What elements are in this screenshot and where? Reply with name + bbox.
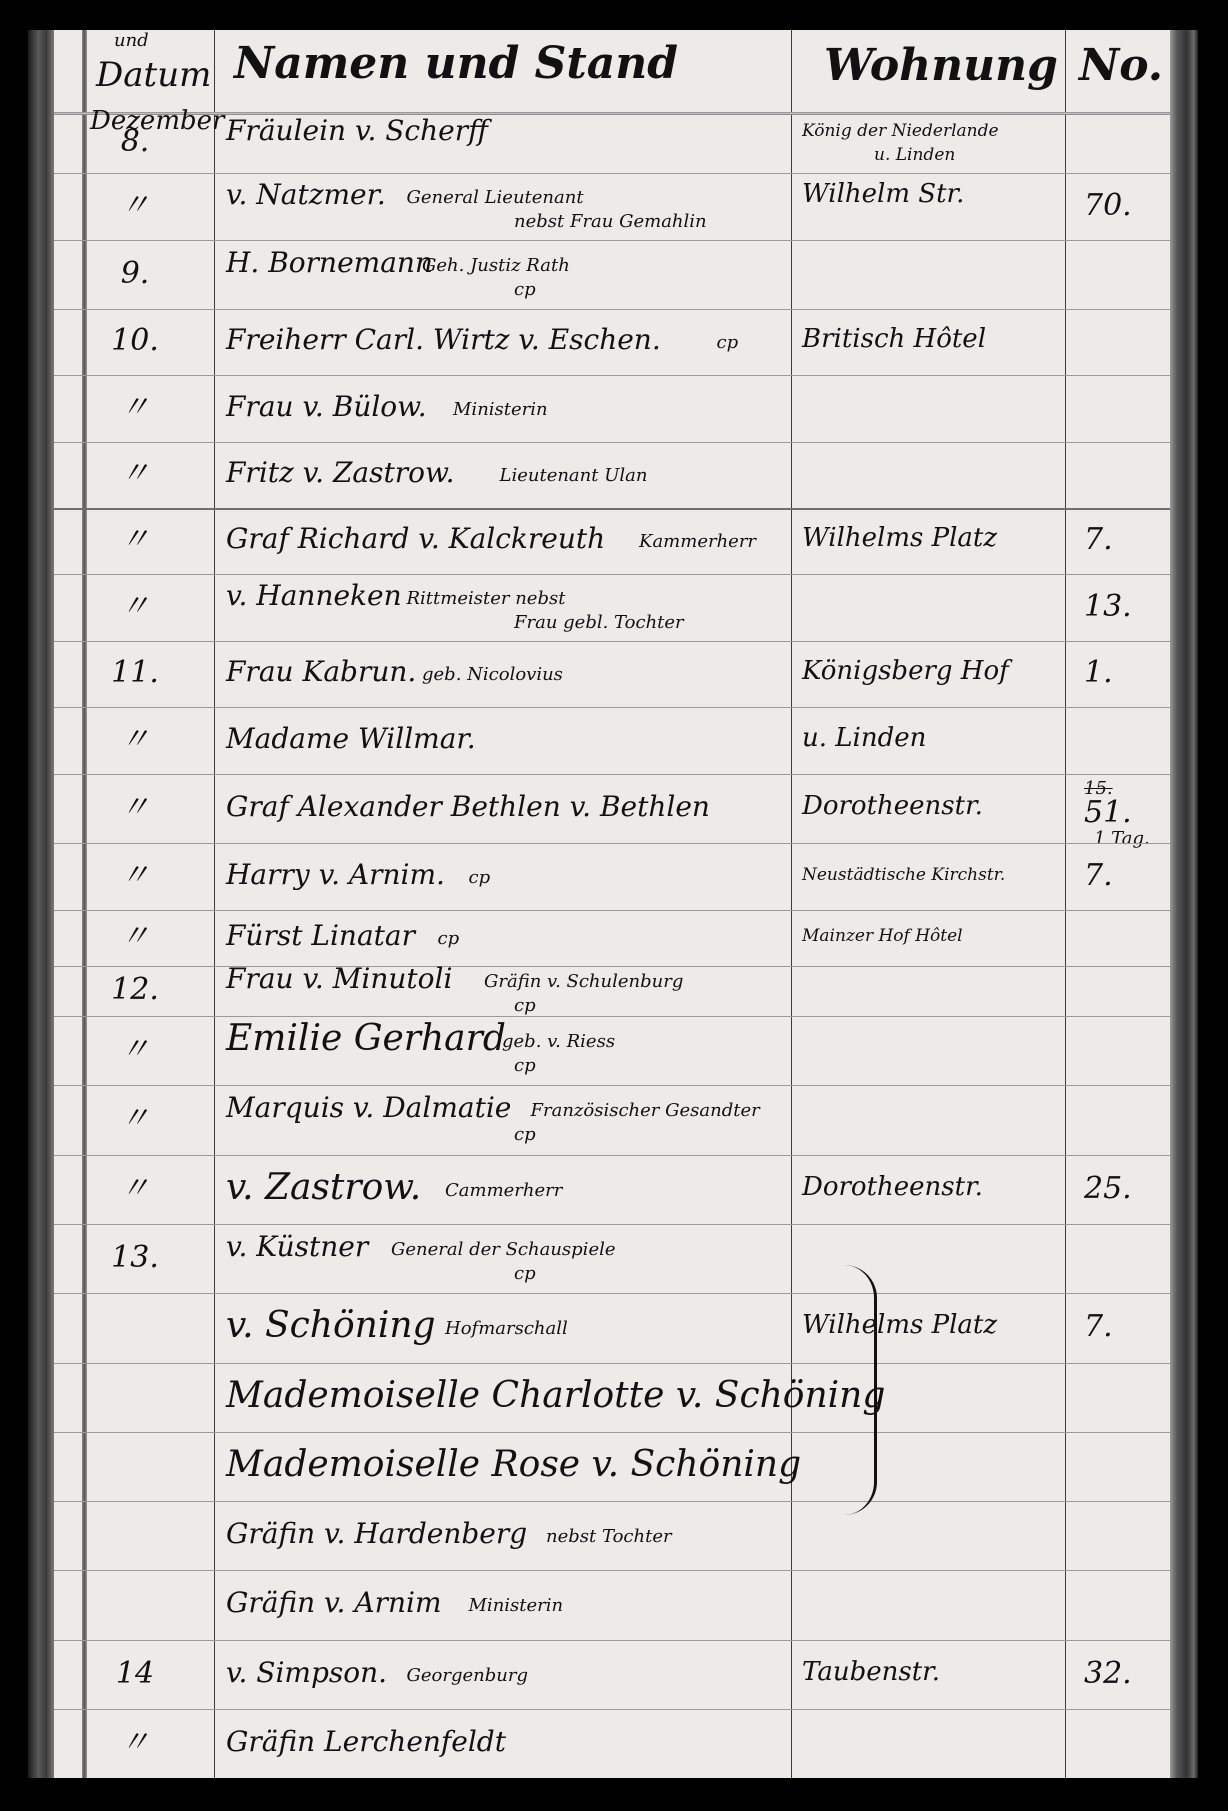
entry-name: Frau v. Minutoli: [226, 965, 452, 993]
entry-note: Kammerherr: [639, 533, 756, 551]
entry-note-continued: cp: [514, 281, 536, 299]
entry-number: 32.: [1084, 1659, 1132, 1689]
entry-date: 9.: [70, 259, 200, 289]
entry-note: cp: [469, 869, 491, 887]
entry-date: 13.: [70, 1243, 200, 1273]
row-rule: [54, 1570, 1170, 1571]
entry-name: Gräfin v. Arnim: [226, 1589, 442, 1617]
entry-date: 〃: [70, 1035, 200, 1065]
row-rule: [54, 1363, 1170, 1364]
entry-name: Graf Alexander Bethlen v. Bethlen: [226, 793, 710, 821]
entry-residence: Dorotheenstr.: [802, 1174, 983, 1200]
book-binding-left: [28, 30, 54, 1778]
row-rule: [54, 173, 1170, 174]
entry-number: 7.: [1084, 861, 1113, 891]
entry-note-continued: cp: [514, 997, 536, 1015]
entry-name: Graf Richard v. Kalckreuth: [226, 525, 605, 553]
entry-name: Frau Kabrun.: [226, 658, 416, 686]
entry-residence: u. Linden: [802, 725, 926, 751]
entry-name: Mademoiselle Rose v. Schöning: [226, 1447, 801, 1483]
entry-date: 〃: [70, 1174, 200, 1204]
row-rule: [54, 240, 1170, 241]
entry-name: v. Zastrow.: [226, 1170, 421, 1206]
entry-name: v. Küstner: [226, 1233, 368, 1261]
row-rule: [54, 774, 1170, 775]
entry-residence-continued: u. Linden: [874, 147, 955, 164]
row-rule: [54, 966, 1170, 967]
entry-number: 70.: [1084, 191, 1132, 221]
entry-residence: Wilhelm Str.: [802, 181, 964, 207]
entry-name: Freiherr Carl. Wirtz v. Eschen.: [226, 326, 661, 354]
entry-residence: König der Niederlande: [802, 123, 999, 140]
entry-note: Georgenburg: [407, 1667, 528, 1685]
entry-date: 8.: [70, 127, 200, 157]
row-rule: [54, 1640, 1170, 1641]
row-rule: [54, 1224, 1170, 1225]
entry-name: Harry v. Arnim.: [226, 861, 445, 889]
entry-name: v. Schöning: [226, 1308, 436, 1344]
entry-note: Ministerin: [469, 1597, 564, 1615]
row-rule: [54, 442, 1170, 443]
book-binding-right: [1170, 30, 1198, 1778]
entry-note-continued: cp: [514, 1126, 536, 1144]
entry-date: 〃: [70, 1104, 200, 1134]
entry-number: 7.: [1084, 1312, 1113, 1342]
row-rule: [54, 707, 1170, 708]
entry-note: nebst Tochter: [546, 1528, 672, 1546]
entry-note: geb. v. Riess: [502, 1033, 615, 1051]
header-number: No.: [1079, 44, 1163, 88]
column-divider-residence: [1065, 30, 1066, 1778]
entry-note: Geh. Justiz Rath: [422, 257, 570, 275]
entry-date: 〃: [70, 922, 200, 952]
entry-date: 14: [70, 1659, 200, 1689]
entry-note: geb. Nicolovius: [422, 666, 563, 684]
entry-note: cp: [717, 334, 739, 352]
entry-date: 〃: [70, 191, 200, 221]
entry-residence: Taubenstr.: [802, 1659, 940, 1685]
row-rule: [54, 1016, 1170, 1017]
entry-date: 〃: [70, 525, 200, 555]
entry-residence: Mainzer Hof Hôtel: [802, 928, 963, 945]
entry-date: 11.: [70, 658, 200, 688]
row-rule: [54, 1155, 1170, 1156]
header-residence: Wohnung: [824, 44, 1058, 88]
entry-name: Madame Willmar.: [226, 725, 476, 753]
row-rule: [54, 641, 1170, 642]
column-divider-date: [214, 30, 215, 1778]
row-rule: [54, 1709, 1170, 1710]
entry-name: Gräfin Lerchenfeldt: [226, 1728, 506, 1756]
entry-date: 〃: [70, 393, 200, 423]
header-date-prefix: und: [114, 32, 149, 50]
row-rule: [54, 1085, 1170, 1086]
column-divider-name: [791, 30, 792, 1778]
entry-residence: Neustädtische Kirchstr.: [802, 867, 1005, 884]
entry-name: Frau v. Bülow.: [226, 393, 427, 421]
entry-number: 13.: [1084, 592, 1132, 622]
row-rule: [54, 574, 1170, 575]
entry-note-continued: cp: [514, 1057, 536, 1075]
entry-note-continued: Frau gebl. Tochter: [514, 614, 684, 632]
entry-residence: Wilhelms Platz: [802, 1312, 997, 1338]
entry-number-note: 1 Tag.: [1094, 830, 1150, 848]
margin-line: [82, 30, 87, 1778]
entry-note: Cammerherr: [445, 1182, 562, 1200]
entry-note: General der Schauspiele: [391, 1241, 616, 1259]
entry-date: 〃: [70, 459, 200, 489]
row-rule: [54, 309, 1170, 310]
entry-date: 10.: [70, 326, 200, 356]
entry-note: cp: [438, 930, 460, 948]
register-page: und Datum Dezember Namen und Stand Wohnu…: [54, 30, 1170, 1778]
entry-residence: Britisch Hôtel: [802, 326, 986, 352]
row-rule: [54, 375, 1170, 376]
row-rule: [54, 843, 1170, 844]
header-name: Namen und Stand: [234, 42, 678, 86]
entry-note: Gräfin v. Schulenburg: [484, 973, 683, 991]
entry-date: 〃: [70, 793, 200, 823]
entry-date: 〃: [70, 861, 200, 891]
entry-name: Fürst Linatar: [226, 922, 415, 950]
entry-number: 1.: [1084, 658, 1113, 688]
row-rule: [54, 1501, 1170, 1502]
entry-note: Hofmarschall: [445, 1320, 568, 1338]
entry-name: Mademoiselle Charlotte v. Schöning: [226, 1378, 885, 1414]
entry-note: Lieutenant Ulan: [500, 467, 648, 485]
entry-name: v. Simpson.: [226, 1659, 387, 1687]
entry-residence: Dorotheenstr.: [802, 793, 983, 819]
entry-note-continued: nebst Frau Gemahlin: [514, 213, 707, 231]
row-rule: [54, 1293, 1170, 1294]
entry-note: Rittmeister nebst: [407, 590, 566, 608]
entry-note: Ministerin: [453, 401, 548, 419]
entry-name: Gräfin v. Hardenberg: [226, 1520, 527, 1548]
entry-number: 51.: [1084, 798, 1132, 828]
entry-note: General Lieutenant: [407, 189, 584, 207]
entry-name: v. Natzmer.: [226, 181, 386, 209]
entry-number: 25.: [1084, 1174, 1132, 1204]
entry-name: Fräulein v. Scherff: [226, 117, 488, 145]
entry-residence: Königsberg Hof: [802, 658, 1009, 684]
entry-name: v. Hanneken: [226, 582, 402, 610]
entry-date: 〃: [70, 592, 200, 622]
row-rule: [54, 508, 1170, 510]
entry-name: H. Bornemann: [226, 249, 433, 277]
entry-note: Französischer Gesandter: [531, 1102, 760, 1120]
entry-residence: Wilhelms Platz: [802, 525, 997, 551]
entry-name: Fritz v. Zastrow.: [226, 459, 455, 487]
row-rule: [54, 1432, 1170, 1433]
grouping-brace: [844, 1265, 877, 1515]
header-date: Datum: [96, 58, 211, 92]
entry-date: 〃: [70, 1728, 200, 1758]
entry-name: Marquis v. Dalmatie: [226, 1094, 511, 1122]
entry-name: Emilie Gerhard: [226, 1021, 506, 1057]
entry-number: 7.: [1084, 525, 1113, 555]
entry-date: 12.: [70, 975, 200, 1005]
entry-date: 〃: [70, 725, 200, 755]
entry-note-continued: cp: [514, 1265, 536, 1283]
row-rule: [54, 910, 1170, 911]
